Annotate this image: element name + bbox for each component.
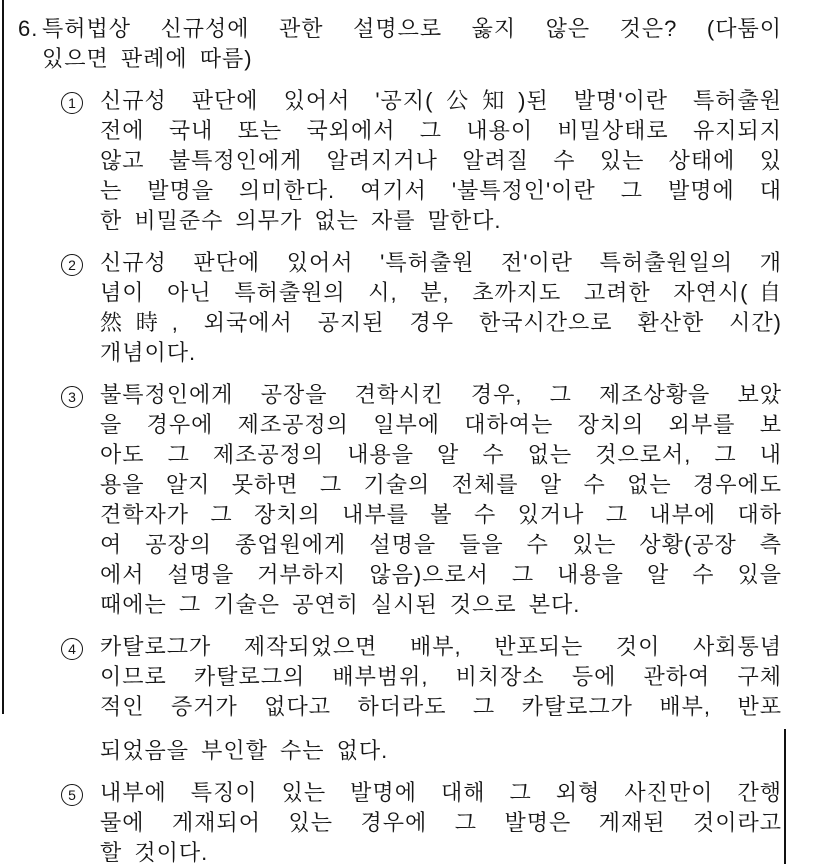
choice-text: 카탈로그가 제작되었으면 배부, 반포되는 것이 사회통념 이므로 카탈로그의 …: [100, 632, 782, 766]
column-rule-right: [784, 729, 786, 864]
choice-text: 신규성 판단에 있어서 '공지(公知)된 발명'이란 특허출원 전에 국내 또는…: [100, 86, 782, 236]
choice-item-5: 5 내부에 특징이 있는 발명에 대해 그 외형 사진만이 간행 물에 게재되어…: [0, 778, 826, 864]
choice-line: 적인 증거가 없다고 하더라도 그 카탈로그가 배부, 반포: [100, 692, 782, 722]
choice-text: 내부에 특징이 있는 발명에 대해 그 외형 사진만이 간행 물에 게재되어 있…: [100, 778, 782, 864]
choice-item-4: 4 카탈로그가 제작되었으면 배부, 반포되는 것이 사회통념 이므로 카탈로그…: [0, 632, 826, 766]
question-block: 6. 특허법상 신규성에 관한 설명으로 옳지 않은 것은? (다툼이 있으면 …: [0, 14, 826, 74]
question-number: 6.: [18, 14, 42, 74]
choice-line: 에서 설명을 거부하지 않음)으로서 그 내용을 알 수 있을: [100, 560, 782, 590]
choice-text: 신규성 판단에 있어서 '특허출원 전'이란 특허출원일의 개 념이 아닌 특허…: [100, 248, 782, 368]
exam-question-page: 6. 특허법상 신규성에 관한 설명으로 옳지 않은 것은? (다툼이 있으면 …: [0, 0, 826, 864]
choice-line: 용을 알지 못하면 그 기술의 전체를 알 수 없는 경우에도: [100, 470, 782, 500]
circled-number-3: 3: [61, 386, 83, 408]
choice-marker-col: 4: [61, 632, 100, 766]
choice-line: 전에 국내 또는 국외에서 그 내용이 비밀상태로 유지되지: [100, 116, 782, 146]
choice-line: 여 공장의 종업원에게 설명을 들을 수 있는 상황(공장 측: [100, 530, 782, 560]
choice-line: 불특정인에게 공장을 견학시킨 경우, 그 제조상황을 보았: [100, 380, 782, 410]
choice-line: 않고 불특정인에게 알려지거나 알려질 수 있는 상태에 있: [100, 146, 782, 176]
choice-item-3: 3 불특정인에게 공장을 견학시킨 경우, 그 제조상황을 보았 을 경우에 제…: [0, 380, 826, 620]
choice-line: 한 비밀준수 의무가 없는 자를 말한다.: [100, 206, 782, 236]
choice-marker-col: 3: [61, 380, 100, 620]
choice-line: 개념이다.: [100, 338, 782, 368]
choice-line: 물에 게재되어 있는 경우에 그 발명은 게재된 것이라고: [100, 808, 782, 838]
choice-text: 불특정인에게 공장을 견학시킨 경우, 그 제조상황을 보았 을 경우에 제조공…: [100, 380, 782, 620]
choice-item-2: 2 신규성 판단에 있어서 '특허출원 전'이란 특허출원일의 개 념이 아닌 …: [0, 248, 826, 368]
choice-line: 내부에 특징이 있는 발명에 대해 그 외형 사진만이 간행: [100, 778, 782, 808]
circled-number-4: 4: [61, 638, 83, 660]
choice-line: 카탈로그가 제작되었으면 배부, 반포되는 것이 사회통념: [100, 632, 782, 662]
choice-line: 신규성 판단에 있어서 '특허출원 전'이란 특허출원일의 개: [100, 248, 782, 278]
choice-line: 을 경우에 제조공정의 일부에 대하여는 장치의 외부를 보: [100, 410, 782, 440]
choice-line: 할 것이다.: [100, 838, 782, 864]
choice-item-1: 1 신규성 판단에 있어서 '공지(公知)된 발명'이란 특허출원 전에 국내 …: [0, 86, 826, 236]
question-line: 있으면 판례에 따름): [42, 44, 782, 74]
choice-marker-col: 5: [61, 778, 100, 864]
choice-line: 때에는 그 기술은 공연히 실시된 것으로 본다.: [100, 590, 782, 620]
column-rule-left: [2, 0, 4, 714]
choice-line-continuation: 되었음을 부인할 수는 없다.: [100, 736, 782, 766]
choice-marker-col: 1: [61, 86, 100, 236]
question-line: 특허법상 신규성에 관한 설명으로 옳지 않은 것은? (다툼이: [42, 14, 782, 44]
choice-line: 는 발명을 의미한다. 여기서 '불특정인'이란 그 발명에 대: [100, 176, 782, 206]
circled-number-5: 5: [61, 784, 83, 806]
choice-line: 이므로 카탈로그의 배부범위, 비치장소 등에 관하여 구체: [100, 662, 782, 692]
choice-line: 아도 그 제조공정의 내용을 알 수 없는 것으로서, 그 내: [100, 440, 782, 470]
choice-marker-col: 2: [61, 248, 100, 368]
question-text: 특허법상 신규성에 관한 설명으로 옳지 않은 것은? (다툼이 있으면 판례에…: [42, 14, 782, 74]
choice-line: 념이 아닌 특허출원의 시, 분, 초까지도 고려한 자연시(自: [100, 278, 782, 308]
choice-line: 신규성 판단에 있어서 '공지(公知)된 발명'이란 특허출원: [100, 86, 782, 116]
circled-number-2: 2: [61, 254, 83, 276]
choice-line: 견학자가 그 장치의 내부를 볼 수 있거나 그 내부에 대하: [100, 500, 782, 530]
choice-line: 然時, 외국에서 공지된 경우 한국시간으로 환산한 시간): [100, 308, 782, 338]
circled-number-1: 1: [61, 92, 83, 114]
